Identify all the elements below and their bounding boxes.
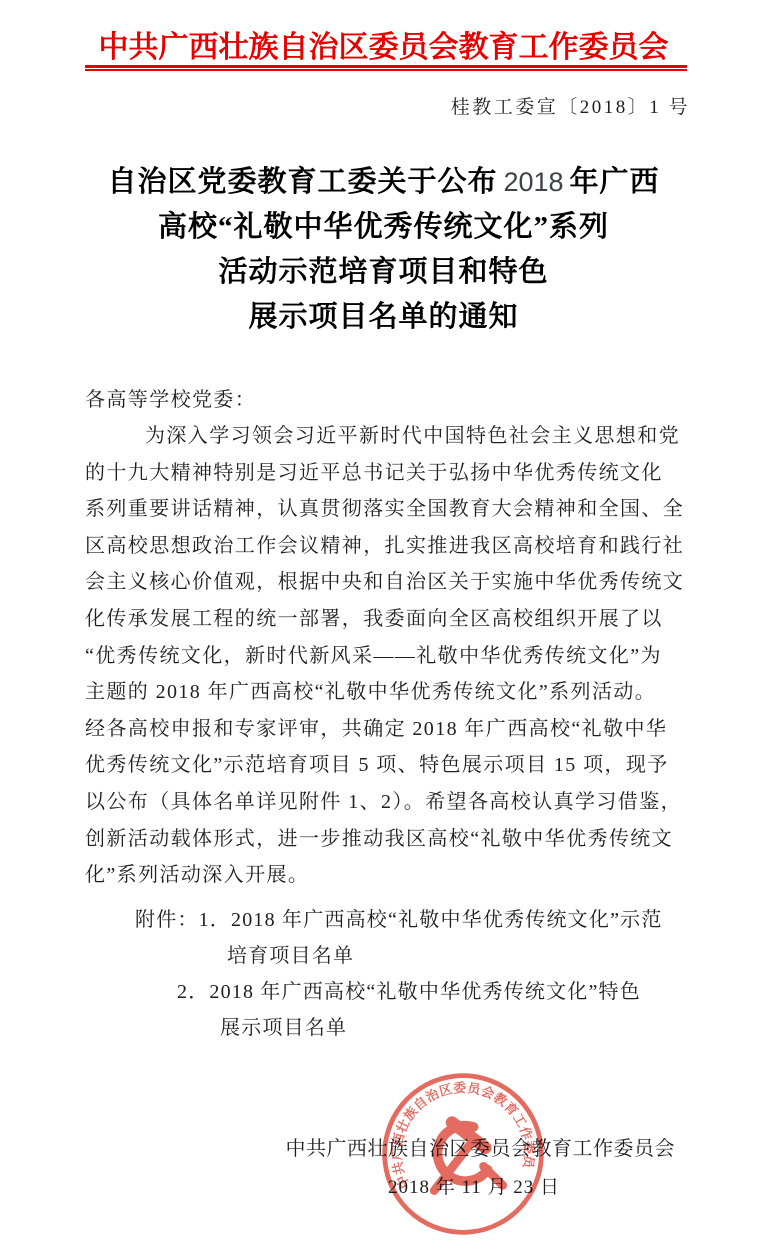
body-line: 为深入学习领会习近平新时代中国特色社会主义思想和党 <box>85 418 689 455</box>
body-line: 会主义核心价值观，根据中央和自治区关于实施中华优秀传统文 <box>85 564 689 601</box>
signature-date: 2018 年 11 月 23 日 <box>388 1172 560 1199</box>
attachment-item-1-line-1: 附件：1．2018 年广西高校“礼敬中华优秀传统文化”示范 <box>85 902 707 938</box>
attachment-item-2-line-1: 2．2018 年广西高校“礼敬中华优秀传统文化”特色 <box>85 974 707 1010</box>
attachments-list: 附件：1．2018 年广西高校“礼敬中华优秀传统文化”示范 培育项目名单 2．2… <box>85 902 707 1046</box>
body-line: 创新活动载体形式，进一步推动我区高校“礼敬中华优秀传统文 <box>85 821 689 858</box>
body-paragraph: 为深入学习领会习近平新时代中国特色社会主义思想和党 的十九大精神特别是习近平总书… <box>85 418 689 894</box>
document-title-line-1: 自治区党委教育工委关于公布2018年广西 <box>40 160 727 205</box>
attachment-item-2-line-2: 展示项目名单 <box>85 1010 707 1046</box>
title-line1-post: 年广西 <box>570 166 660 198</box>
official-document-page: 中共广西壮族自治区委员会教育工作委员会 桂教工委宣〔2018〕1 号 自治区党委… <box>0 0 767 1255</box>
title-line1-pre: 自治区党委教育工委关于公布 <box>107 166 497 198</box>
body-line: 区高校思想政治工作会议精神，扎实推进我区高校培育和践行社 <box>85 528 689 565</box>
body-line: “优秀传统文化，新时代新风采——礼敬中华优秀传统文化”为 <box>85 638 689 675</box>
body-line: 经各高校申报和专家评审，共确定 2018 年广西高校“礼敬中华 <box>85 711 689 748</box>
letterhead-divider-line <box>85 65 687 71</box>
letterhead-org-title: 中共广西壮族自治区委员会教育工作委员会 <box>0 22 767 66</box>
document-number: 桂教工委宣〔2018〕1 号 <box>451 92 690 119</box>
signature-org: 中共广西壮族自治区委员会教育工作委员会 <box>286 1132 676 1161</box>
salutation: 各高等学校党委： <box>85 382 687 418</box>
body-line: 化传承发展工程的统一部署，我委面向全区高校组织开展了以 <box>85 601 689 638</box>
body-line: 以公布（具体名单详见附件 1、2）。希望各高校认真学习借鉴， <box>85 784 689 821</box>
body-line: 主题的 2018 年广西高校“礼敬中华优秀传统文化”系列活动。 <box>85 674 689 711</box>
document-title-line-2: 高校“礼敬中华优秀传统文化”系列 <box>40 205 727 250</box>
body-line: 优秀传统文化”示范培育项目 5 项、特色展示项目 15 项，现予 <box>85 747 689 784</box>
document-title-line-3: 活动示范培育项目和特色 <box>40 250 727 295</box>
body-line: 的十九大精神特别是习近平总书记关于弘扬中华优秀传统文化 <box>85 455 689 492</box>
attachment-item-1-line-2: 培育项目名单 <box>85 938 707 974</box>
body-line: 化”系列活动深入开展。 <box>85 857 689 894</box>
document-title-line-4: 展示项目名单的通知 <box>40 295 727 340</box>
title-line1-year: 2018 <box>503 167 563 197</box>
body-line: 系列重要讲话精神，认真贯彻落实全国教育大会精神和全国、全 <box>85 491 689 528</box>
document-title: 自治区党委教育工委关于公布2018年广西 高校“礼敬中华优秀传统文化”系列 活动… <box>40 160 727 340</box>
